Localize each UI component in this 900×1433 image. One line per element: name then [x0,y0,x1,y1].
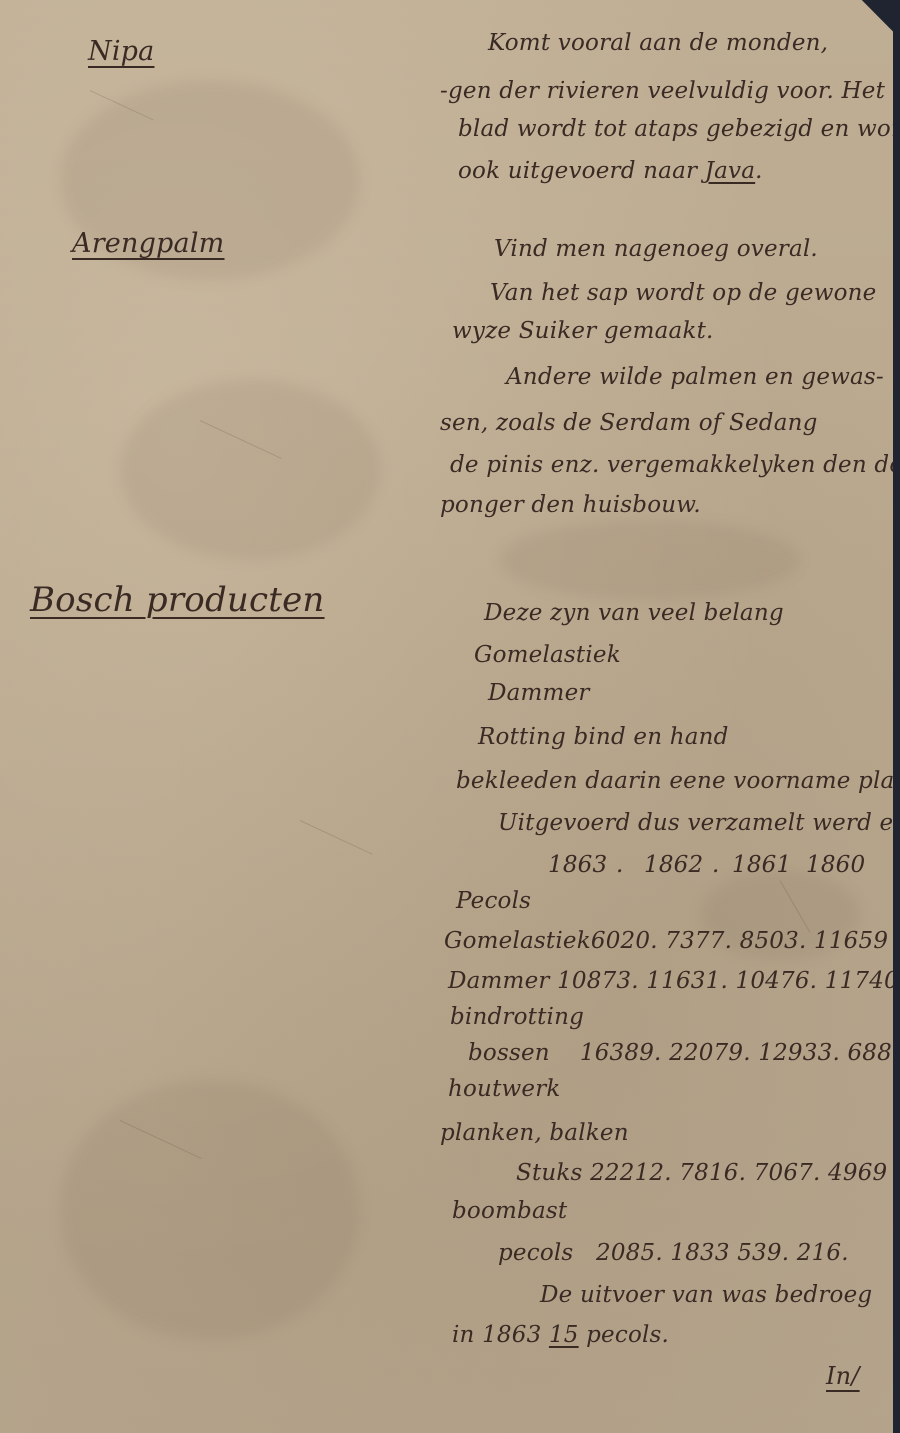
table-row-dammer: Dammer 10873. 11631. 10476. 11740 [448,968,899,994]
table-row-gomelastiek: Gomelastiek6020. 7377. 8503. 11659 [444,928,888,954]
text-line: Rotting bind en hand [478,724,729,750]
text-line: blad wordt tot ataps gebezigd en word [458,116,900,142]
table-row-label-boombast: boombast [452,1198,567,1224]
year-1863: 1863 [548,852,607,878]
text-line: Uitgevoerd dus verzamelt werd en [498,810,900,836]
continuation-mark: In/ [826,1362,860,1390]
bleed-through-mark [300,820,373,855]
text-line: wyze Suiker gemaakt. [452,318,714,344]
table-row-label-bindrotting: bindrotting [450,1004,584,1030]
table-row-bindrotting: bossen 16389. 22079. 12933. 6887 [468,1040,900,1066]
year-dot: . [616,852,624,878]
text-line: Komt vooral aan de monden, [488,30,828,56]
heading-nipa: Nipa [88,36,154,67]
underlined-word-java: Java [705,158,755,184]
text-line: Gomelastiek [474,642,621,668]
table-row-houtwerk: Stuks 22212. 7816. 7067. 4969 [516,1160,887,1186]
heading-arengpalm: Arengpalm [72,228,224,259]
underlined-quantity: 15 [549,1322,579,1348]
paper-stain [500,520,800,600]
text-line: Vind men nagenoeg overal. [494,236,818,262]
table-row-sublabel-planken-balken: planken, balken [440,1120,629,1146]
text-line: Andere wilde palmen en gewas- [506,364,884,390]
text-line: sen, zoals de Serdam of Sedang [440,410,818,436]
text-line: -gen der rivieren veelvuldig voor. Het [440,78,885,104]
text-line: De uitvoer van was bedroeg [540,1282,872,1308]
manuscript-page: Nipa Komt vooral aan de monden, -gen der… [0,0,893,1433]
text-line: in 1863 15 pecols. [452,1322,669,1348]
year-1861: 1861 [732,852,791,878]
text-line: Van het sap wordt op de gewone [490,280,877,306]
text-line: bekleeden daarin eene voorname plaats [456,768,900,794]
table-row-label-houtwerk: houtwerk [448,1076,561,1102]
paper-stain [60,1080,360,1340]
year-1862: 1862 [644,852,703,878]
year-1860: 1860 [806,852,865,878]
text-line: Deze zyn van veel belang [484,600,784,626]
text-line: Dammer [488,680,590,706]
paper-stain [120,380,380,560]
unit-label-pecols: Pecols [456,888,531,914]
text-fragment: ook uitgevoerd naar [458,158,705,184]
table-row-boombast: pecols 2085. 1833 539. 216. [498,1240,849,1266]
text-line: ook uitgevoerd naar Java. [458,158,763,184]
year-dot: . [712,852,720,878]
text-line: de pinis enz. vergemakkelyken den dom- [450,452,900,478]
text-line: ponger den huisbouw. [440,492,701,518]
heading-bosch-producten: Bosch producten [30,580,325,620]
